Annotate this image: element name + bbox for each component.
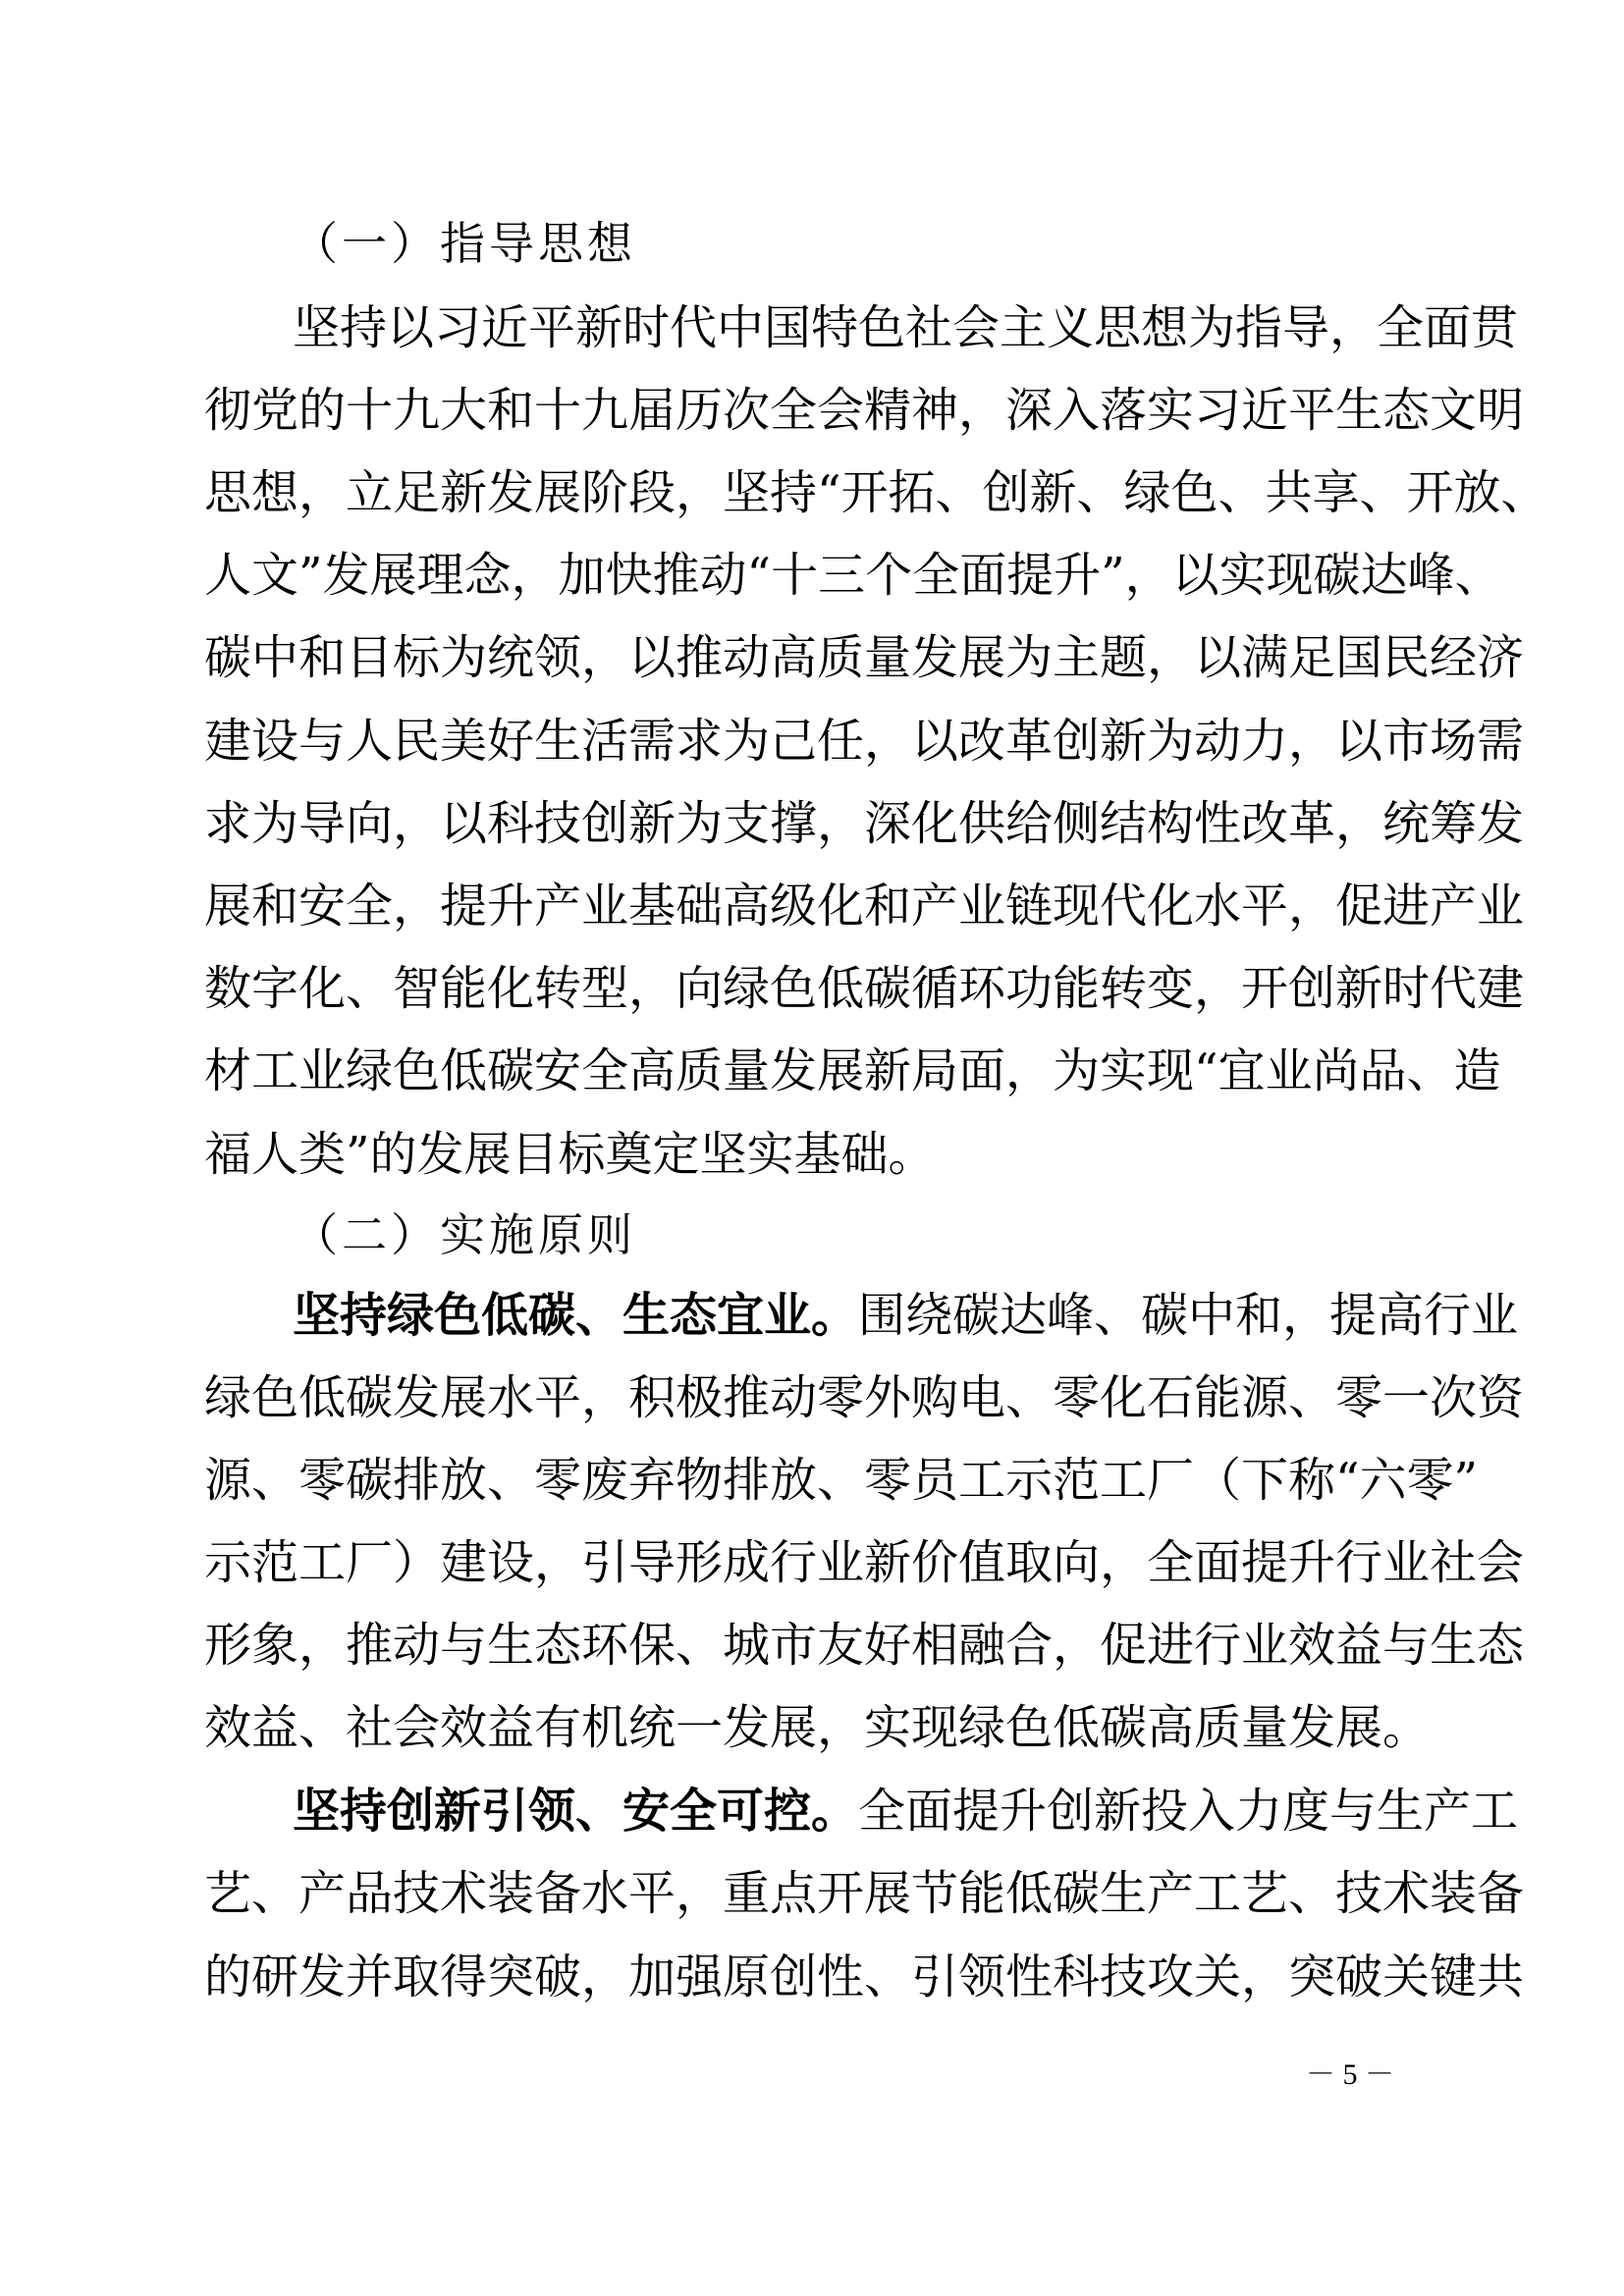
- paragraph-line: 思想，立足新发展阶段，坚持“开拓、创新、绿色、共享、开放、: [204, 463, 1416, 522]
- principle-title: 坚持绿色低碳、生态宜业。: [293, 1288, 858, 1343]
- paragraph-line: 人文”发展理念，加快推动“十三个全面提升”，以实现碳达峰、: [204, 546, 1416, 605]
- paragraph-line: 展和安全，提升产业基础高级化和产业链现代化水平，促进产业: [204, 877, 1416, 935]
- paragraph-line: 福人类”的发展目标奠定坚实基础。: [204, 1125, 1416, 1184]
- paragraph-line: 坚持绿色低碳、生态宜业。围绕碳达峰、碳中和，提高行业: [293, 1286, 1416, 1345]
- principle-text: 围绕碳达峰、碳中和，提高行业: [858, 1288, 1518, 1343]
- paragraph-line: 建设与人民美好生活需求为己任，以改革创新为动力，以市场需: [204, 712, 1416, 771]
- paragraph-line: 形象，推动与生态环保、城市友好相融合，促进行业效益与生态: [204, 1616, 1416, 1675]
- principle-text: 全面提升创新投入力度与生产工: [858, 1784, 1518, 1839]
- paragraph-line: 材工业绿色低碳安全高质量发展新局面，为实现“宜业尚品、造: [204, 1041, 1416, 1100]
- paragraph-line: 坚持创新引领、安全可控。全面提升创新投入力度与生产工: [293, 1782, 1416, 1841]
- paragraph-line: 的研发并取得突破，加强原创性、引领性科技攻关，突破关键共: [204, 1948, 1416, 2006]
- paragraph-line: 示范工厂）建设，引导形成行业新价值取向，全面提升行业社会: [204, 1533, 1416, 1592]
- page-number: － 5 －: [1306, 2056, 1394, 2095]
- section-heading-guiding-ideology: （一）指导思想: [293, 214, 636, 273]
- paragraph-line: 源、零碳排放、零废弃物排放、零员工示范工厂（下称“六零”: [204, 1451, 1416, 1510]
- paragraph-line: 绿色低碳发展水平，积极推动零外购电、零化石能源、零一次资: [204, 1368, 1416, 1427]
- paragraph-line: 彻党的十九大和十九届历次全会精神，深入落实习近平生态文明: [204, 381, 1416, 440]
- paragraph-line: 坚持以习近平新时代中国特色社会主义思想为指导，全面贯: [293, 298, 1416, 357]
- principle-title: 坚持创新引领、安全可控。: [293, 1784, 858, 1839]
- paragraph-line: 数字化、智能化转型，向绿色低碳循环功能转变，开创新时代建: [204, 959, 1416, 1018]
- section-heading-principles: （二）实施原则: [293, 1205, 636, 1264]
- paragraph-line: 碳中和目标为统领，以推动高质量发展为主题，以满足国民经济: [204, 628, 1416, 687]
- paragraph-line: 艺、产品技术装备水平，重点开展节能低碳生产工艺、技术装备: [204, 1864, 1416, 1923]
- paragraph-line: 效益、社会效益有机统一发展，实现绿色低碳高质量发展。: [204, 1698, 1416, 1757]
- paragraph-line: 求为导向，以科技创新为支撑，深化供给侧结构性改革，统筹发: [204, 794, 1416, 853]
